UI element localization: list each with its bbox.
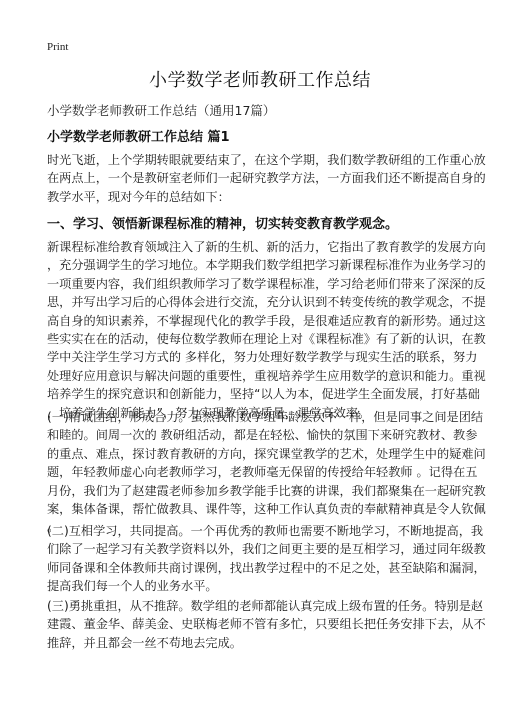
paragraph-3: (二)互相学习，共同提高。一个再优秀的教师也需要不断地学习，不断地提高，我 们除… [47,522,477,596]
text-line: 一项重要内容，我们组织教师学习了数学课程标准，学习给老师们带来了深深的反 [47,275,477,293]
text-line: 提高我们每一个人的业务水平。 [47,577,477,595]
text-line: 思，并写出学习后的心得体会进行交流，充分认识到不转变传统的教学观念，不提 [47,293,477,311]
text-line: 师同备课和全体教师共商讨课例，找出教学过程中的不足之处，甚至缺陷和漏洞， [47,559,477,577]
document-page: Print 小学数学老师教研工作总结 小学数学老师教研工作总结（通用17篇） 小… [0,0,520,718]
text-line: (二)互相学习，共同提高。一个再优秀的教师也需要不断地学习，不断地提高，我 [47,522,477,540]
text-line: 们除了一起学习有关教学资料以外，我们之间更主要的是互相学习，通过同年级教 [47,540,477,558]
text-line: 建霞、董金华、薛美金、史联梅老师不管有多忙，只要组长把任务安排下去，从不 [47,615,477,633]
text-line: (一)精诚团结，形成合力。虽然我们数学组年龄层次不一样，但是同事之间是团结 [47,408,477,426]
document-subtitle: 小学数学老师教研工作总结（通用17篇） [47,101,275,119]
text-line: 处理好应用意识与解决问题的重要性，重视培养学生应用数学的意识和能力。重视 [47,367,477,385]
intro-paragraph: 时光飞逝，上个学期转眼就要结束了，在这个学期，我们数学教研组的工作重心放 在两点… [47,151,477,206]
text-line: 题，年轻教师虚心向老教师学习，老教师毫无保留的传授给年轻教师 。记得在五 [47,463,477,481]
text-line: 月份，我们为了赵建霞老师参加乡教学能手比赛的讲课，我们都聚集在一起研究教 [47,482,477,500]
document-title: 小学数学老师教研工作总结 [0,66,520,92]
text-line: 在两点上，一个是教研室老师们一起研究教学方法，一方面我们还不断提高自身的 [47,169,477,187]
text-line: 培养学生的探究意识和创新能力，坚持“以人为本，促进学生全面发展，打好基础 [47,385,477,403]
text-line: 高自身的知识素养，不掌握现代化的教学手段，是很难适应教育的新形势。通过这 [47,312,477,330]
print-label: Print [47,41,68,53]
paragraph-4: (三)勇挑重担，从不推辞。数学组的老师都能认真完成上级布置的任务。特别是赵 建霞… [47,597,477,652]
point-heading: 一、学习、领悟新课程标准的精神，切实转变教育教学观念。 [47,213,398,232]
text-line: 新课程标准给教育领域注入了新的生机、新的活力，它指出了教育教学的发展方向 [47,238,477,256]
section-heading: 小学数学老师教研工作总结 篇1 [47,126,230,145]
text-line: 推辞，并且都会一丝不苟地去完成。 [47,634,477,652]
text-line: ，充分强调学生的学习地位。本学期我们数学组把学习新课程标准作为业务学习的 [47,256,477,274]
text-line: 学中关注学生学习方式的 多样化，努力处理好数学教学与现实生活的联系，努力 [47,348,477,366]
text-line: 时光飞逝，上个学期转眼就要结束了，在这个学期，我们数学教研组的工作重心放 [47,151,477,169]
text-line: 案，集体备课，帮忙做教具、课件等，这种工作认真负责的奉献精神真是令人钦佩 [47,500,477,518]
text-line: 的重点、难点，探讨教育教研的方向，探究课堂教学的艺术，处理学生中的疑难问 [47,445,477,463]
text-line: 些实实在在的活动，使每位数学教师在理论上对《课程标准》有了新的认识，在教 [47,330,477,348]
text-line: 和睦的。间周一次的 教研组活动，都是在轻松、愉快的氛围下来研究教材、教参 [47,426,477,444]
text-line: 教学水平，现对今年的总结如下： [47,188,477,206]
paragraph-2: (一)精诚团结，形成合力。虽然我们数学组年龄层次不一样，但是同事之间是团结 和睦… [47,408,477,537]
paragraph-1: 新课程标准给教育领域注入了新的生机、新的活力，它指出了教育教学的发展方向 ，充分… [47,238,477,422]
text-line: (三)勇挑重担，从不推辞。数学组的老师都能认真完成上级布置的任务。特别是赵 [47,597,477,615]
